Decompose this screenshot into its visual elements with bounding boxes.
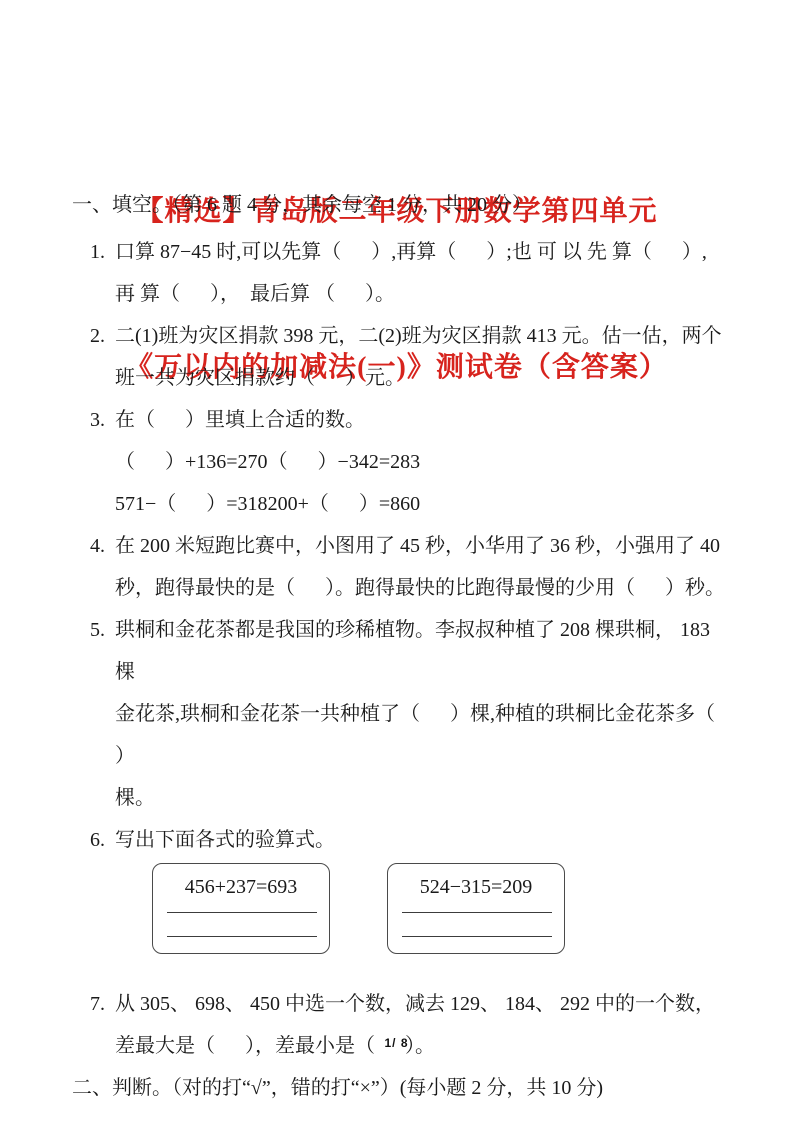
question-5-line-3: 棵。 (115, 777, 732, 819)
verification-box-1: 456+237=693 (152, 863, 330, 954)
question-1-line-1: 口算 87−45 时,可以先算（ ）,再算（ ）;也 可 以 先 算（ ）, (115, 231, 732, 273)
verification-box-1-equation: 456+237=693 (153, 876, 329, 899)
question-1: 1. 口算 87−45 时,可以先算（ ）,再算（ ）;也 可 以 先 算（ ）… (72, 231, 732, 315)
section-2-heading: 二、判断。（对的打“√”，错的打“×”）(每小题 2 分，共 10 分) (72, 1067, 732, 1109)
question-6-number: 6. (90, 819, 105, 861)
verification-box-2: 524−315=209 (387, 863, 565, 954)
question-2: 2. 二(1)班为灾区捐款 398 元，二(2)班为灾区捐款 413 元。估一估… (72, 315, 732, 399)
question-2-number: 2. (90, 315, 105, 357)
equation-2: （ ）−342=283 (268, 441, 421, 483)
question-5: 5. 珙桐和金花茶都是我国的珍稀植物。李叔叔种植了 208 棵珙桐， 183 棵… (72, 609, 732, 819)
question-7-line-1: 从 305、 698、 450 中选一个数，减去 129、 184、 292 中… (115, 983, 732, 1025)
question-7-number: 7. (90, 983, 105, 1025)
answer-blank-line (167, 936, 317, 937)
answer-blank-line (402, 936, 552, 937)
question-5-number: 5. (90, 609, 105, 651)
question-3-line-1: 在（ ）里填上合适的数。 (115, 399, 732, 441)
question-7: 7. 从 305、 698、 450 中选一个数，减去 129、 184、 29… (72, 983, 732, 1067)
section-1-heading: 一、填空。（第 6 题 4 分，其余每空 1 分，共 20 分） (72, 184, 732, 226)
question-2-line-1: 二(1)班为灾区捐款 398 元，二(2)班为灾区捐款 413 元。估一估，两个 (115, 315, 732, 357)
exam-paper-page: 【精选】青岛版二年级下册数学第四单元 《万以内的加减法(一)》测试卷（含答案） … (0, 0, 793, 1122)
question-3-number: 3. (90, 399, 105, 441)
question-4: 4. 在 200 米短跑比赛中，小图用了 45 秒，小华用了 36 秒，小强用了… (72, 525, 732, 609)
answer-blank-line (167, 912, 317, 913)
question-5-line-1: 珙桐和金花茶都是我国的珍稀植物。李叔叔种植了 208 棵珙桐， 183 棵 (115, 609, 732, 693)
question-2-line-2: 班一共为灾区捐款约（ ）元。 (115, 357, 732, 399)
question-3: 3. 在（ ）里填上合适的数。 （ ）+136=270 （ ）−342=283 … (72, 399, 732, 525)
question-6-line-1: 写出下面各式的验算式。 (115, 819, 732, 861)
verification-box-2-equation: 524−315=209 (388, 876, 564, 899)
equation-4: 200+（ ）=860 (268, 483, 421, 525)
question-5-line-2: 金花茶,珙桐和金花茶一共种植了（ ）棵,种植的珙桐比金花茶多（ ） (115, 693, 732, 777)
verification-boxes: 456+237=693 524−315=209 (152, 863, 732, 954)
question-4-line-2: 秒，跑得最快的是（ ）。跑得最快的比跑得最慢的少用（ ）秒。 (115, 567, 732, 609)
question-6: 6. 写出下面各式的验算式。 456+237=693 524−315=209 (72, 819, 732, 954)
equation-1: （ ）+136=270 (115, 441, 268, 483)
question-4-line-1: 在 200 米短跑比赛中，小图用了 45 秒，小华用了 36 秒，小强用了 40 (115, 525, 732, 567)
paper-body: 一、填空。（第 6 题 4 分，其余每空 1 分，共 20 分） 1. 口算 8… (72, 184, 732, 1114)
equation-3: 571−（ ）=318 (115, 483, 268, 525)
answer-blank-line (402, 912, 552, 913)
question-1-number: 1. (90, 231, 105, 273)
page-number: 1/ 8 (0, 1036, 793, 1050)
question-3-equation-row-2: 571−（ ）=318 200+（ ）=860 (115, 483, 732, 525)
question-1-line-2: 再 算（ ）， 最后算 （ ）。 (115, 273, 732, 315)
question-3-equation-row-1: （ ）+136=270 （ ）−342=283 (115, 441, 732, 483)
question-4-number: 4. (90, 525, 105, 567)
